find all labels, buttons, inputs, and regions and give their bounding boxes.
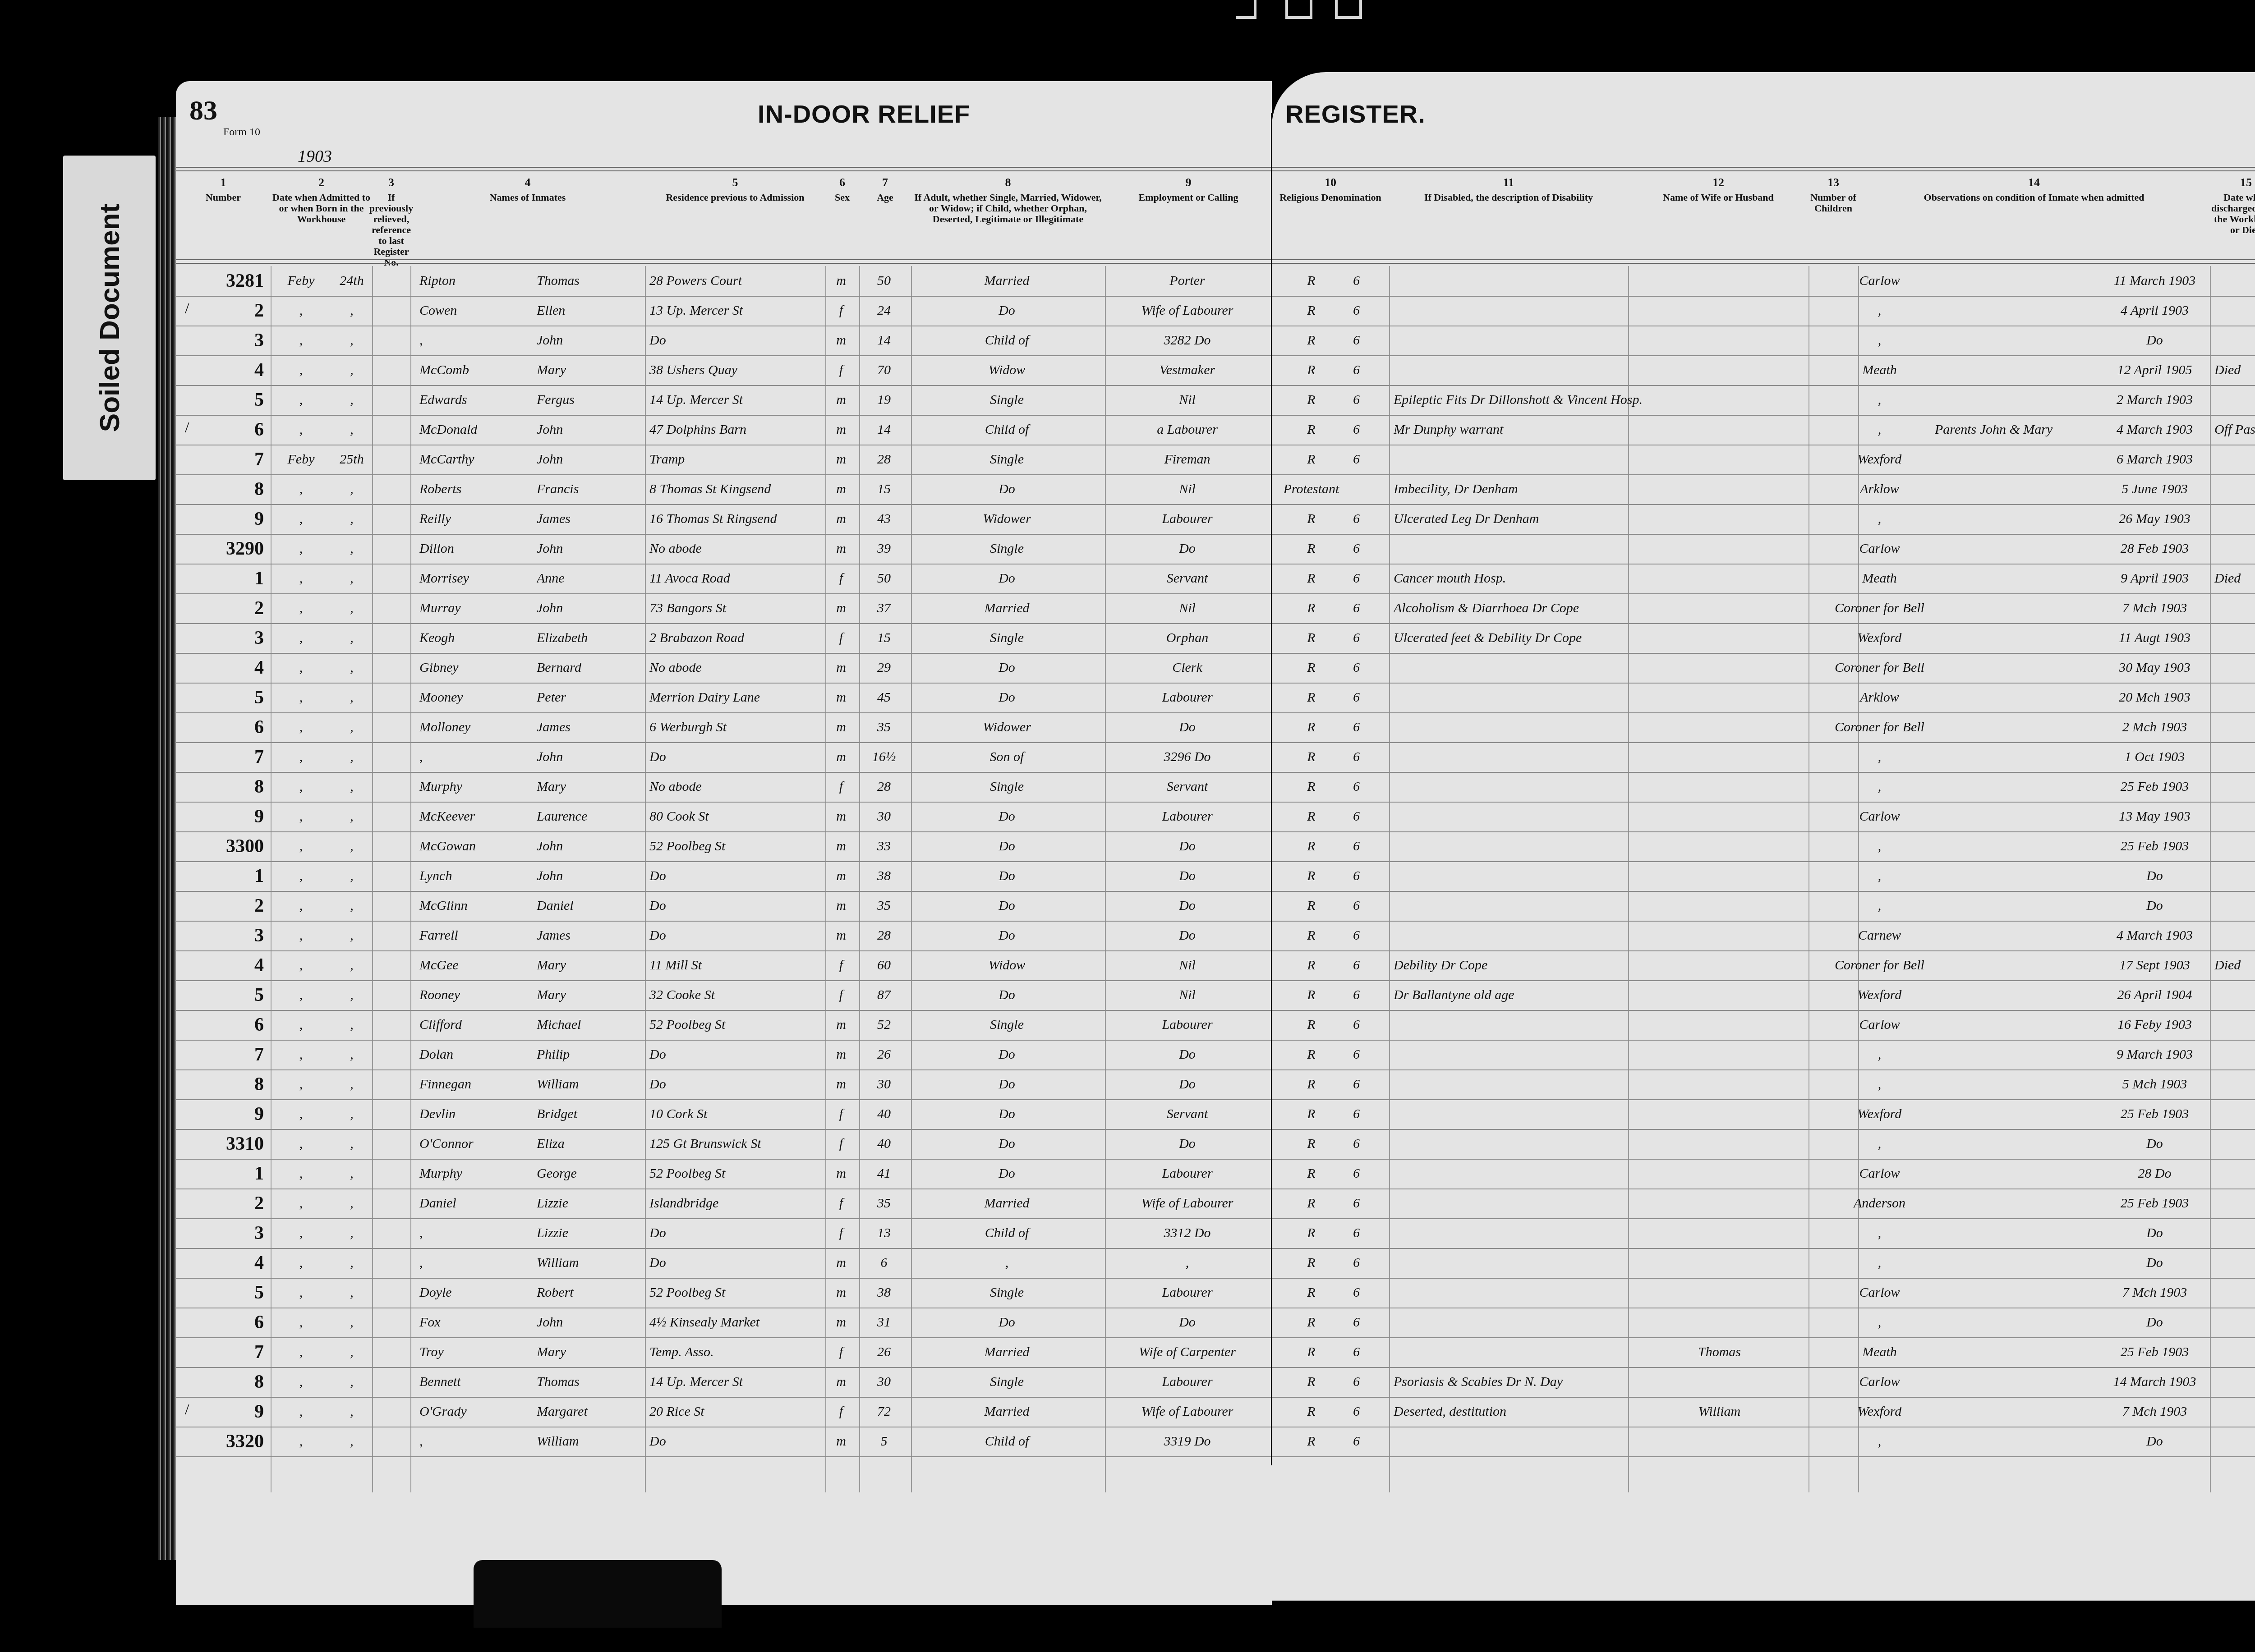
admission-day: ,: [338, 1010, 365, 1040]
admission-month: ,: [275, 623, 327, 653]
marital-status: Do: [916, 564, 1098, 593]
discharge-note: [2214, 266, 2255, 296]
admission-month: ,: [275, 474, 327, 504]
discharge-date: 7 Mch 1903: [2102, 1278, 2208, 1308]
discharge-note: [2214, 772, 2255, 802]
religious-denomination: R: [1276, 1069, 1346, 1099]
spouse-name: [1633, 355, 1806, 385]
admission-day: ,: [338, 1218, 365, 1248]
religion-ref: 6: [1353, 742, 1387, 772]
marital-status: Do: [916, 683, 1098, 712]
admission-month: ,: [275, 415, 327, 445]
admission-day: ,: [338, 1040, 365, 1069]
residence: 47 Dolphins Barn: [649, 415, 819, 445]
religion-ref: 6: [1353, 1218, 1387, 1248]
spouse-name: William: [1633, 1397, 1806, 1427]
admission-month: ,: [275, 802, 327, 831]
residence: 8 Thomas St Kingsend: [649, 474, 819, 504]
table-row: 2,,DanielLizzieIslandbridgef35MarriedWif…: [176, 1189, 1272, 1219]
residence: 2 Brabazon Road: [649, 623, 819, 653]
entry-number: 1: [180, 861, 264, 891]
table-row: R6,25 Feb 19038: [1272, 772, 2255, 803]
religious-denomination: R: [1276, 266, 1346, 296]
margin-tick-mark: /: [185, 1401, 189, 1418]
age: 19: [864, 385, 904, 415]
employment: 3296 Do: [1109, 742, 1265, 772]
column-number: 11: [1503, 176, 1514, 189]
religious-denomination: R: [1276, 623, 1346, 653]
discharge-note: [2214, 1337, 2255, 1367]
inmate-surname: Keogh: [419, 623, 521, 653]
age: 72: [864, 1397, 904, 1427]
marital-status: Do: [916, 802, 1098, 831]
age: 50: [864, 564, 904, 593]
religion-ref: 6: [1353, 950, 1387, 980]
employment: Orphan: [1109, 623, 1265, 653]
admission-day: ,: [338, 564, 365, 593]
inmate-forename: Fergus: [537, 385, 634, 415]
sex: m: [830, 712, 852, 742]
entry-number: 1: [180, 1159, 264, 1189]
entry-number: 3: [180, 921, 264, 950]
discharge-date: 2 March 1903: [2102, 385, 2208, 415]
spouse-name: [1633, 653, 1806, 683]
admission-month: ,: [275, 950, 327, 980]
sex: m: [830, 802, 852, 831]
discharge-date: 12 April 1905: [2102, 355, 2208, 385]
column-header-7: 7Age: [859, 176, 911, 203]
employment: Labourer: [1109, 1010, 1265, 1040]
spouse-name: [1633, 326, 1806, 355]
religion-ref: 6: [1353, 712, 1387, 742]
entry-number: 3320: [180, 1427, 264, 1456]
inmate-surname: Dillon: [419, 534, 521, 564]
residence: No abode: [649, 534, 819, 564]
column-header-13: 13Number of Children: [1809, 176, 1858, 214]
sex: f: [830, 296, 852, 326]
admission-month: ,: [275, 534, 327, 564]
spouse-name: [1633, 1248, 1806, 1278]
admission-month: ,: [275, 980, 327, 1010]
spouse-name: [1633, 1010, 1806, 1040]
religious-denomination: R: [1276, 296, 1346, 326]
sex: m: [830, 921, 852, 950]
discharge-date: Do: [2102, 891, 2208, 921]
inmate-forename: Ellen: [537, 296, 634, 326]
inmate-surname: McGowan: [419, 831, 521, 861]
inmate-forename: John: [537, 415, 634, 445]
admission-month: ,: [275, 921, 327, 950]
table-row: 4,,GibneyBernardNo abodem29DoClerk: [176, 653, 1272, 684]
column-label: Residence previous to Admission: [666, 192, 804, 203]
table-row: R6,Do3320: [1272, 1427, 2255, 1457]
table-row: 3300,,McGowanJohn52 Poolbeg Stm33DoDo: [176, 831, 1272, 862]
table-row: 1,,MurphyGeorge52 Poolbeg Stm41DoLaboure…: [176, 1159, 1272, 1189]
marital-status: Child of: [916, 326, 1098, 355]
inmate-forename: James: [537, 712, 634, 742]
employment: Nil: [1109, 474, 1265, 504]
column-header-14: 14Observations on condition of Inmate wh…: [1858, 176, 2210, 203]
religious-denomination: R: [1276, 1337, 1346, 1367]
admission-day: ,: [338, 861, 365, 891]
table-row: R6Coroner for Bell30 May 19034: [1272, 653, 2255, 684]
discharge-date: 11 March 1903: [2102, 266, 2208, 296]
discharge-note: [2214, 1218, 2255, 1248]
table-row: 6,,FoxJohn4½ Kinsealy Marketm31DoDo: [176, 1308, 1272, 1338]
marital-status: Do: [916, 980, 1098, 1010]
table-row: 4,,McGeeMary11 Mill Stf60WidowNil: [176, 950, 1272, 981]
marital-status: Widower: [916, 712, 1098, 742]
entry-number: 9: [180, 1099, 264, 1129]
sex: m: [830, 861, 852, 891]
religion-ref: 6: [1353, 593, 1387, 623]
residence: 13 Up. Mercer St: [649, 296, 819, 326]
religion-ref: 6: [1353, 1189, 1387, 1218]
entry-number: 4: [180, 653, 264, 683]
sex: m: [830, 385, 852, 415]
entry-number: 9: [180, 504, 264, 534]
marital-status: Single: [916, 772, 1098, 802]
column-number: 9: [1186, 176, 1192, 189]
marital-status: Single: [916, 534, 1098, 564]
sex: m: [830, 653, 852, 683]
admission-month: ,: [275, 1367, 327, 1397]
entry-number: 4: [180, 1248, 264, 1278]
entry-number: 3: [180, 326, 264, 355]
employment: Servant: [1109, 772, 1265, 802]
admission-day: ,: [338, 1248, 365, 1278]
marital-status: Single: [916, 385, 1098, 415]
employment: Nil: [1109, 593, 1265, 623]
inmate-forename: Mary: [537, 772, 634, 802]
header-bottom-rule-right: [1272, 259, 2255, 264]
employment: Labourer: [1109, 1367, 1265, 1397]
column-label: Date when discharged from the Workhouse …: [2210, 192, 2255, 235]
table-row: R6,Do2: [1272, 891, 2255, 922]
sex: f: [830, 1397, 852, 1427]
entry-number: 2: [180, 296, 264, 326]
inmate-forename: Eliza: [537, 1129, 634, 1159]
employment: Labourer: [1109, 802, 1265, 831]
table-row: R6Dr Ballantyne old ageWexford26 April 1…: [1272, 980, 2255, 1011]
admission-day: ,: [338, 1367, 365, 1397]
entry-number: 2: [180, 1189, 264, 1218]
inmate-forename: John: [537, 445, 634, 474]
admission-day: ,: [338, 1278, 365, 1308]
table-row: 2,,MurrayJohn73 Bangors Stm37MarriedNil: [176, 593, 1272, 624]
marital-status: Child of: [916, 1218, 1098, 1248]
column-number: 2: [318, 176, 324, 189]
admission-day: ,: [338, 355, 365, 385]
religious-denomination: R: [1276, 355, 1346, 385]
column-label: If Adult, whether Single, Married, Widow…: [911, 192, 1105, 225]
employment: Wife of Labourer: [1109, 1397, 1265, 1427]
age: 37: [864, 593, 904, 623]
residence: 73 Bangors St: [649, 593, 819, 623]
discharge-note: [2214, 831, 2255, 861]
religious-denomination: R: [1276, 712, 1346, 742]
admission-month: ,: [275, 861, 327, 891]
admission-month: ,: [275, 355, 327, 385]
spouse-name: [1633, 415, 1806, 445]
discharge-note: [2214, 504, 2255, 534]
discharge-note: [2214, 742, 2255, 772]
spouse-name: [1633, 742, 1806, 772]
discharge-note: [2214, 1159, 2255, 1189]
marital-status: Do: [916, 831, 1098, 861]
admission-day: ,: [338, 1427, 365, 1456]
age: 29: [864, 653, 904, 683]
religion-ref: 6: [1353, 802, 1387, 831]
religious-denomination: R: [1276, 802, 1346, 831]
employment: Labourer: [1109, 504, 1265, 534]
sex: f: [830, 1218, 852, 1248]
employment: Nil: [1109, 950, 1265, 980]
entry-number: 5: [180, 683, 264, 712]
sex: m: [830, 1248, 852, 1278]
entry-number: 7: [180, 1337, 264, 1367]
age: 41: [864, 1159, 904, 1189]
admission-month: Feby: [275, 445, 327, 474]
table-row: R6,1 Oct 19037: [1272, 742, 2255, 773]
spouse-name: [1633, 980, 1806, 1010]
column-header-8: 8If Adult, whether Single, Married, Wido…: [911, 176, 1105, 225]
inmate-surname: Ripton: [419, 266, 521, 296]
admission-day: ,: [338, 1189, 365, 1218]
sex: f: [830, 564, 852, 593]
column-header-9: 9Employment or Calling: [1105, 176, 1272, 203]
table-row: R6Wexford25 Feb 19039: [1272, 1099, 2255, 1130]
table-row: R6Psoriasis & Scabies Dr N. DayCarlow14 …: [1272, 1367, 2255, 1398]
table-row: R6Epileptic Fits Dr Dillonshott & Vincen…: [1272, 385, 2255, 416]
discharge-note: Off Pass: [2214, 415, 2255, 445]
discharge-date: 9 March 1903: [2102, 1040, 2208, 1069]
inmate-forename: Thomas: [537, 266, 634, 296]
admission-month: ,: [275, 1278, 327, 1308]
discharge-note: [2214, 1099, 2255, 1129]
table-row: R6,Do4: [1272, 1248, 2255, 1279]
marital-status: Single: [916, 1010, 1098, 1040]
entry-number: 5: [180, 1278, 264, 1308]
marital-status: Married: [916, 1337, 1098, 1367]
religious-denomination: R: [1276, 385, 1346, 415]
marital-status: Married: [916, 1189, 1098, 1218]
left-page-number: 83: [189, 95, 217, 127]
residence: 4½ Kinsealy Market: [649, 1308, 819, 1337]
admission-month: ,: [275, 564, 327, 593]
age: 39: [864, 534, 904, 564]
residence: 14 Up. Mercer St: [649, 385, 819, 415]
spouse-name: [1633, 1069, 1806, 1099]
admission-day: ,: [338, 1397, 365, 1427]
inmate-forename: John: [537, 593, 634, 623]
table-row: R6Carlow28 Do1: [1272, 1159, 2255, 1189]
marital-status: Single: [916, 445, 1098, 474]
religion-ref: 6: [1353, 326, 1387, 355]
discharge-date: 30 May 1903: [2102, 653, 2208, 683]
table-row: R6ThomasMeath25 Feb 19037: [1272, 1337, 2255, 1368]
table-row: 9,,DevlinBridget10 Cork Stf40DoServant: [176, 1099, 1272, 1130]
table-row: R6Coroner for Bell2 Mch 19036: [1272, 712, 2255, 743]
left-page: 83 Form 10 IN-DOOR RELIEF 1903 1Number2D…: [176, 81, 1272, 1605]
religion-ref: 6: [1353, 1069, 1387, 1099]
employment: Servant: [1109, 564, 1265, 593]
inmate-surname: Reilly: [419, 504, 521, 534]
entry-number: 5: [180, 385, 264, 415]
table-row: R6Deserted, destitutionWilliamWexford7 M…: [1272, 1397, 2255, 1427]
religion-ref: 6: [1353, 772, 1387, 802]
employment: Wife of Carpenter: [1109, 1337, 1265, 1367]
entry-number: 5: [180, 980, 264, 1010]
table-row: 7,,DolanPhilipDom26DoDo: [176, 1040, 1272, 1070]
column-number: 8: [1005, 176, 1011, 189]
discharge-note: Died: [2214, 355, 2255, 385]
admission-day: 25th: [338, 445, 365, 474]
inmate-surname: ,: [419, 326, 521, 355]
entry-number: 4: [180, 355, 264, 385]
inmate-forename: George: [537, 1159, 634, 1189]
discharge-date: 25 Feb 1903: [2102, 772, 2208, 802]
inmate-forename: William: [537, 1248, 634, 1278]
religion-ref: 6: [1353, 266, 1387, 296]
inmate-surname: Troy: [419, 1337, 521, 1367]
discharge-date: 6 March 1903: [2102, 445, 2208, 474]
table-row: R6Meath12 April 1905Died4: [1272, 355, 2255, 386]
discharge-note: [2214, 1129, 2255, 1159]
residence: 52 Poolbeg St: [649, 1010, 819, 1040]
employment: 3319 Do: [1109, 1427, 1265, 1456]
table-row: 3,,,JohnDom14Child of3282 Do: [176, 326, 1272, 356]
marital-status: Do: [916, 1308, 1098, 1337]
inmate-forename: Mary: [537, 950, 634, 980]
residence: 11 Mill St: [649, 950, 819, 980]
religious-denomination: R: [1276, 891, 1346, 921]
religious-denomination: R: [1276, 831, 1346, 861]
discharge-note: [2214, 385, 2255, 415]
employment: Wife of Labourer: [1109, 296, 1265, 326]
spouse-name: [1633, 831, 1806, 861]
admission-month: ,: [275, 504, 327, 534]
discharge-date: 26 May 1903: [2102, 504, 2208, 534]
inmate-surname: Finnegan: [419, 1069, 521, 1099]
religion-ref: [1353, 474, 1387, 504]
table-row: 3281Feby24thRiptonThomas28 Powers Courtm…: [176, 266, 1272, 297]
admission-month: ,: [275, 653, 327, 683]
discharge-date: Do: [2102, 1308, 2208, 1337]
sex: m: [830, 1278, 852, 1308]
age: 31: [864, 1308, 904, 1337]
residence: 28 Powers Court: [649, 266, 819, 296]
inmate-surname: Edwards: [419, 385, 521, 415]
admission-day: ,: [338, 474, 365, 504]
discharge-date: Do: [2102, 1129, 2208, 1159]
age: 40: [864, 1099, 904, 1129]
discharge-note: [2214, 921, 2255, 950]
residence: Do: [649, 326, 819, 355]
register-title-right: REGISTER.: [1285, 99, 1426, 128]
inmate-surname: Clifford: [419, 1010, 521, 1040]
entry-number: 8: [180, 1367, 264, 1397]
religion-ref: 6: [1353, 980, 1387, 1010]
inmate-surname: Murray: [419, 593, 521, 623]
spouse-name: [1633, 683, 1806, 712]
table-row: 4,,McCombMary38 Ushers Quayf70WidowVestm…: [176, 355, 1272, 386]
sex: m: [830, 593, 852, 623]
age: 87: [864, 980, 904, 1010]
admission-day: ,: [338, 385, 365, 415]
admission-month: ,: [275, 1308, 327, 1337]
table-row: 9,,O'GradyMargaret20 Rice Stf72MarriedWi…: [176, 1397, 1272, 1427]
discharge-date: 28 Feb 1903: [2102, 534, 2208, 564]
discharge-date: 17 Sept 1903: [2102, 950, 2208, 980]
residence: Temp. Asso.: [649, 1337, 819, 1367]
column-header-15: 15Date when discharged from the Workhous…: [2210, 176, 2255, 235]
admission-day: ,: [338, 1069, 365, 1099]
religious-denomination: R: [1276, 534, 1346, 564]
religion-ref: 6: [1353, 1397, 1387, 1427]
sex: f: [830, 1129, 852, 1159]
inmate-forename: John: [537, 831, 634, 861]
employment: Do: [1109, 921, 1265, 950]
film-holder-tab: [474, 1560, 722, 1628]
table-row: R6,9 March 19037: [1272, 1040, 2255, 1070]
inmate-forename: Philip: [537, 1040, 634, 1069]
discharge-note: [2214, 326, 2255, 355]
marital-status: Do: [916, 921, 1098, 950]
inmate-forename: John: [537, 1308, 634, 1337]
table-row: 6,,CliffordMichael52 Poolbeg Stm52Single…: [176, 1010, 1272, 1041]
religious-denomination: R: [1276, 564, 1346, 593]
employment: Do: [1109, 1308, 1265, 1337]
discharge-note: [2214, 1189, 2255, 1218]
inmate-surname: McComb: [419, 355, 521, 385]
table-row: R6Ulcerated Leg Dr Denham,26 May 19039: [1272, 504, 2255, 535]
inmate-surname: Farrell: [419, 921, 521, 950]
table-row: 8,,FinneganWilliamDom30DoDo: [176, 1069, 1272, 1100]
residence: 38 Ushers Quay: [649, 355, 819, 385]
film-frame-marks: [1236, 0, 1371, 19]
admission-day: 24th: [338, 266, 365, 296]
inmate-surname: Bennett: [419, 1367, 521, 1397]
sex: f: [830, 1189, 852, 1218]
register-table-left: 3281Feby24thRiptonThomas28 Powers Courtm…: [176, 266, 1272, 1483]
column-label: Observations on condition of Inmate when…: [1924, 192, 2145, 203]
residence: 80 Cook St: [649, 802, 819, 831]
discharge-note: [2214, 712, 2255, 742]
entry-number: 9: [180, 1397, 264, 1427]
discharge-date: Do: [2102, 326, 2208, 355]
register-table-right: R6Carlow11 March 19033281R6,4 April 1903…: [1272, 266, 2255, 1483]
discharge-date: 11 Augt 1903: [2102, 623, 2208, 653]
column-number: 7: [882, 176, 888, 189]
year-annotation: 1903: [298, 147, 332, 166]
marital-status: Widower: [916, 504, 1098, 534]
inmate-forename: James: [537, 921, 634, 950]
table-row: R6Wexford6 March 19037: [1272, 445, 2255, 475]
inmate-forename: John: [537, 534, 634, 564]
discharge-date: 7 Mch 1903: [2102, 593, 2208, 623]
discharge-note: [2214, 474, 2255, 504]
residence: Do: [649, 1427, 819, 1456]
marital-status: Married: [916, 1397, 1098, 1427]
employment: Labourer: [1109, 1159, 1265, 1189]
spouse-name: [1633, 772, 1806, 802]
spouse-name: [1633, 1159, 1806, 1189]
admission-day: ,: [338, 921, 365, 950]
table-row: R6,5 Mch 19038: [1272, 1069, 2255, 1100]
inmate-forename: Elizabeth: [537, 623, 634, 653]
religion-ref: 6: [1353, 653, 1387, 683]
